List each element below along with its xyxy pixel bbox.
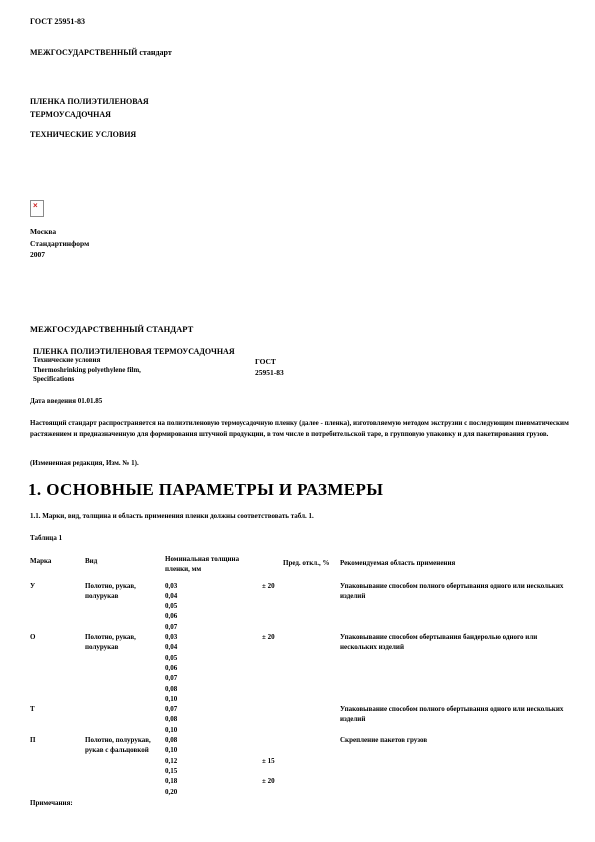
- cover-title: ПЛЕНКА ПОЛИЭТИЛЕНОВАЯ ТЕРМОУСАДОЧНАЯ: [30, 95, 149, 121]
- application-cell: Упаковывание способом полного обертывани…: [340, 581, 575, 602]
- header-tolerance: Пред. откл., %: [262, 554, 340, 568]
- header-mark: Марка: [30, 554, 85, 566]
- subtitle-ru: Технические условия: [33, 356, 235, 366]
- mark-cell: Т: [30, 704, 85, 714]
- tolerance-cell: ± 20: [262, 581, 340, 591]
- standard-code-line-1: ГОСТ: [255, 357, 284, 368]
- thickness-value: 0,07: [165, 704, 262, 714]
- thickness-value: 0,05: [165, 653, 262, 663]
- table-row: УПолотно, рукав, полурукав0,030,040,050,…: [30, 581, 575, 632]
- imprint: Москва Стандартинформ 2007: [30, 226, 89, 261]
- application-cell: Упаковывание способом полного обертывани…: [340, 704, 575, 725]
- subtitle-en-1: Thermoshrinking polyethylene film,: [33, 366, 235, 376]
- application-cell: Скрепление пакетов грузов: [340, 735, 575, 745]
- tolerance-value: ± 20: [262, 581, 340, 591]
- mark-cell: П: [30, 735, 85, 745]
- header-application: Рекомендуемая область применения: [340, 554, 575, 568]
- thickness-value: 0,08: [165, 735, 262, 745]
- thickness-cell: 0,070,080,10: [165, 704, 262, 735]
- doc-number: ГОСТ 25951-83: [30, 17, 85, 26]
- table-row: Т0,070,080,10Упаковывание способом полно…: [30, 704, 575, 735]
- thickness-value: 0,18: [165, 776, 262, 786]
- cover-title-line-1: ПЛЕНКА ПОЛИЭТИЛЕНОВАЯ: [30, 95, 149, 108]
- thickness-value: 0,04: [165, 591, 262, 601]
- thickness-value: 0,03: [165, 581, 262, 591]
- thickness-value: 0,10: [165, 694, 262, 704]
- tolerance-value: [262, 735, 340, 745]
- thickness-value: 0,06: [165, 611, 262, 621]
- effective-date: Дата введения 01.01.85: [30, 397, 102, 405]
- standard-code: ГОСТ 25951-83: [255, 357, 284, 378]
- header-thickness: Номинальная толщина пленки, мм: [165, 554, 262, 575]
- table-caption: Таблица 1: [30, 534, 62, 542]
- kind-cell: Полотно, рукав, полурукав: [85, 632, 165, 653]
- thickness-value: 0,15: [165, 766, 262, 776]
- broken-image-x-glyph: ×: [33, 202, 38, 210]
- standard-type-label: МЕЖГОСУДАРСТВЕННЫЙ СТАНДАРТ: [30, 324, 193, 334]
- tolerance-value: ± 20: [262, 776, 340, 786]
- thickness-value: 0,10: [165, 745, 262, 755]
- thickness-value: 0,08: [165, 684, 262, 694]
- thickness-value: 0,07: [165, 622, 262, 632]
- application-cell: Упаковывание способом обертывания бандер…: [340, 632, 575, 653]
- thickness-cell: 0,030,040,050,060,070,080,10: [165, 632, 262, 704]
- table-body: УПолотно, рукав, полурукав0,030,040,050,…: [30, 581, 575, 797]
- thickness-value: 0,07: [165, 673, 262, 683]
- mark-cell: О: [30, 632, 85, 642]
- thickness-value: 0,04: [165, 642, 262, 652]
- imprint-year: 2007: [30, 249, 89, 261]
- thickness-value: 0,12: [165, 756, 262, 766]
- spec-table: Марка Вид Номинальная толщина пленки, мм…: [30, 554, 575, 797]
- tolerance-value: [262, 745, 340, 755]
- imprint-publisher: Стандартинформ: [30, 238, 89, 250]
- table-header-row: Марка Вид Номинальная толщина пленки, мм…: [30, 554, 575, 575]
- standard-title: ПЛЕНКА ПОЛИЭТИЛЕНОВАЯ ТЕРМОУСАДОЧНАЯ: [33, 347, 235, 356]
- standard-type-top: МЕЖГОСУДАРСТВЕННЫЙ стандарт: [30, 48, 172, 57]
- thickness-cell: 0,030,040,050,060,07: [165, 581, 262, 632]
- thickness-value: 0,10: [165, 725, 262, 735]
- amendment-note: (Измененная редакция, Изм. № 1).: [30, 459, 139, 467]
- standard-subtitles: Технические условия Thermoshrinking poly…: [33, 356, 235, 385]
- thickness-value: 0,03: [165, 632, 262, 642]
- clause-1-1: 1.1. Марки, вид, толщина и область приме…: [30, 512, 314, 520]
- imprint-city: Москва: [30, 226, 89, 238]
- tolerance-cell: ± 15 ± 20: [262, 735, 340, 797]
- standard-title-block: ПЛЕНКА ПОЛИЭТИЛЕНОВАЯ ТЕРМОУСАДОЧНАЯ Тех…: [33, 347, 235, 385]
- broken-image-icon: ×: [30, 200, 44, 217]
- tolerance-value: [262, 787, 340, 797]
- thickness-value: 0,05: [165, 601, 262, 611]
- tolerance-value: [262, 766, 340, 776]
- scope-paragraph: Настоящий стандарт распространяется на п…: [30, 418, 582, 439]
- thickness-cell: 0,080,100,120,150,180,20: [165, 735, 262, 797]
- thickness-value: 0,20: [165, 787, 262, 797]
- tolerance-cell: ± 20: [262, 632, 340, 642]
- standard-code-line-2: 25951-83: [255, 368, 284, 379]
- kind-cell: Полотно, полурукав, рукав с фальцовкой: [85, 735, 165, 756]
- mark-cell: У: [30, 581, 85, 591]
- document-page: ГОСТ 25951-83 МЕЖГОСУДАРСТВЕННЫЙ стандар…: [0, 0, 595, 842]
- kind-cell: Полотно, рукав, полурукав: [85, 581, 165, 602]
- thickness-value: 0,08: [165, 714, 262, 724]
- tolerance-value: ± 15: [262, 756, 340, 766]
- header-kind: Вид: [85, 554, 165, 566]
- thickness-value: 0,06: [165, 663, 262, 673]
- table-row: ОПолотно, рукав, полурукав0,030,040,050,…: [30, 632, 575, 704]
- section-heading: 1. ОСНОВНЫЕ ПАРАМЕТРЫ И РАЗМЕРЫ: [28, 480, 383, 500]
- notes-label: Примечания:: [30, 799, 73, 807]
- cover-title-line-2: ТЕРМОУСАДОЧНАЯ: [30, 108, 149, 121]
- table-row: ППолотно, полурукав, рукав с фальцовкой0…: [30, 735, 575, 797]
- cover-subtitle: ТЕХНИЧЕСКИЕ УСЛОВИЯ: [30, 130, 136, 139]
- tolerance-value: ± 20: [262, 632, 340, 642]
- subtitle-en-2: Specifications: [33, 375, 235, 385]
- header-thickness-label: Номинальная толщина пленки, мм: [165, 554, 245, 575]
